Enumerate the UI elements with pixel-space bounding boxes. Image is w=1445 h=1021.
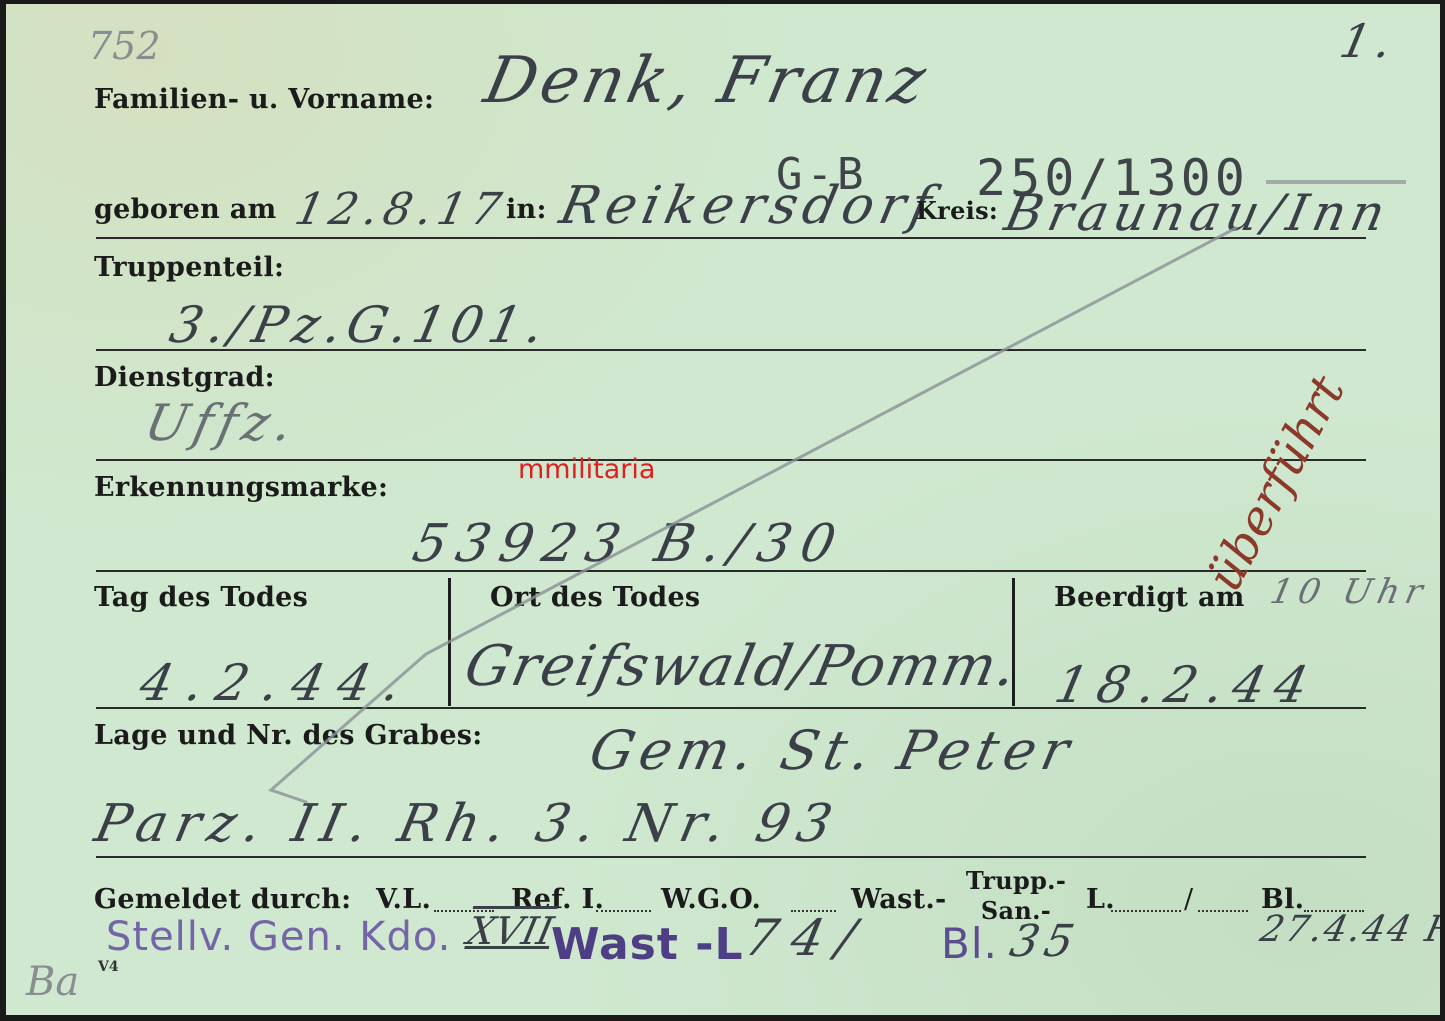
pencil-strike-line: [6, 4, 1440, 1015]
grave-record-card: 752 1. Familien- u. Vorname: Denk, Franz…: [6, 4, 1440, 1015]
